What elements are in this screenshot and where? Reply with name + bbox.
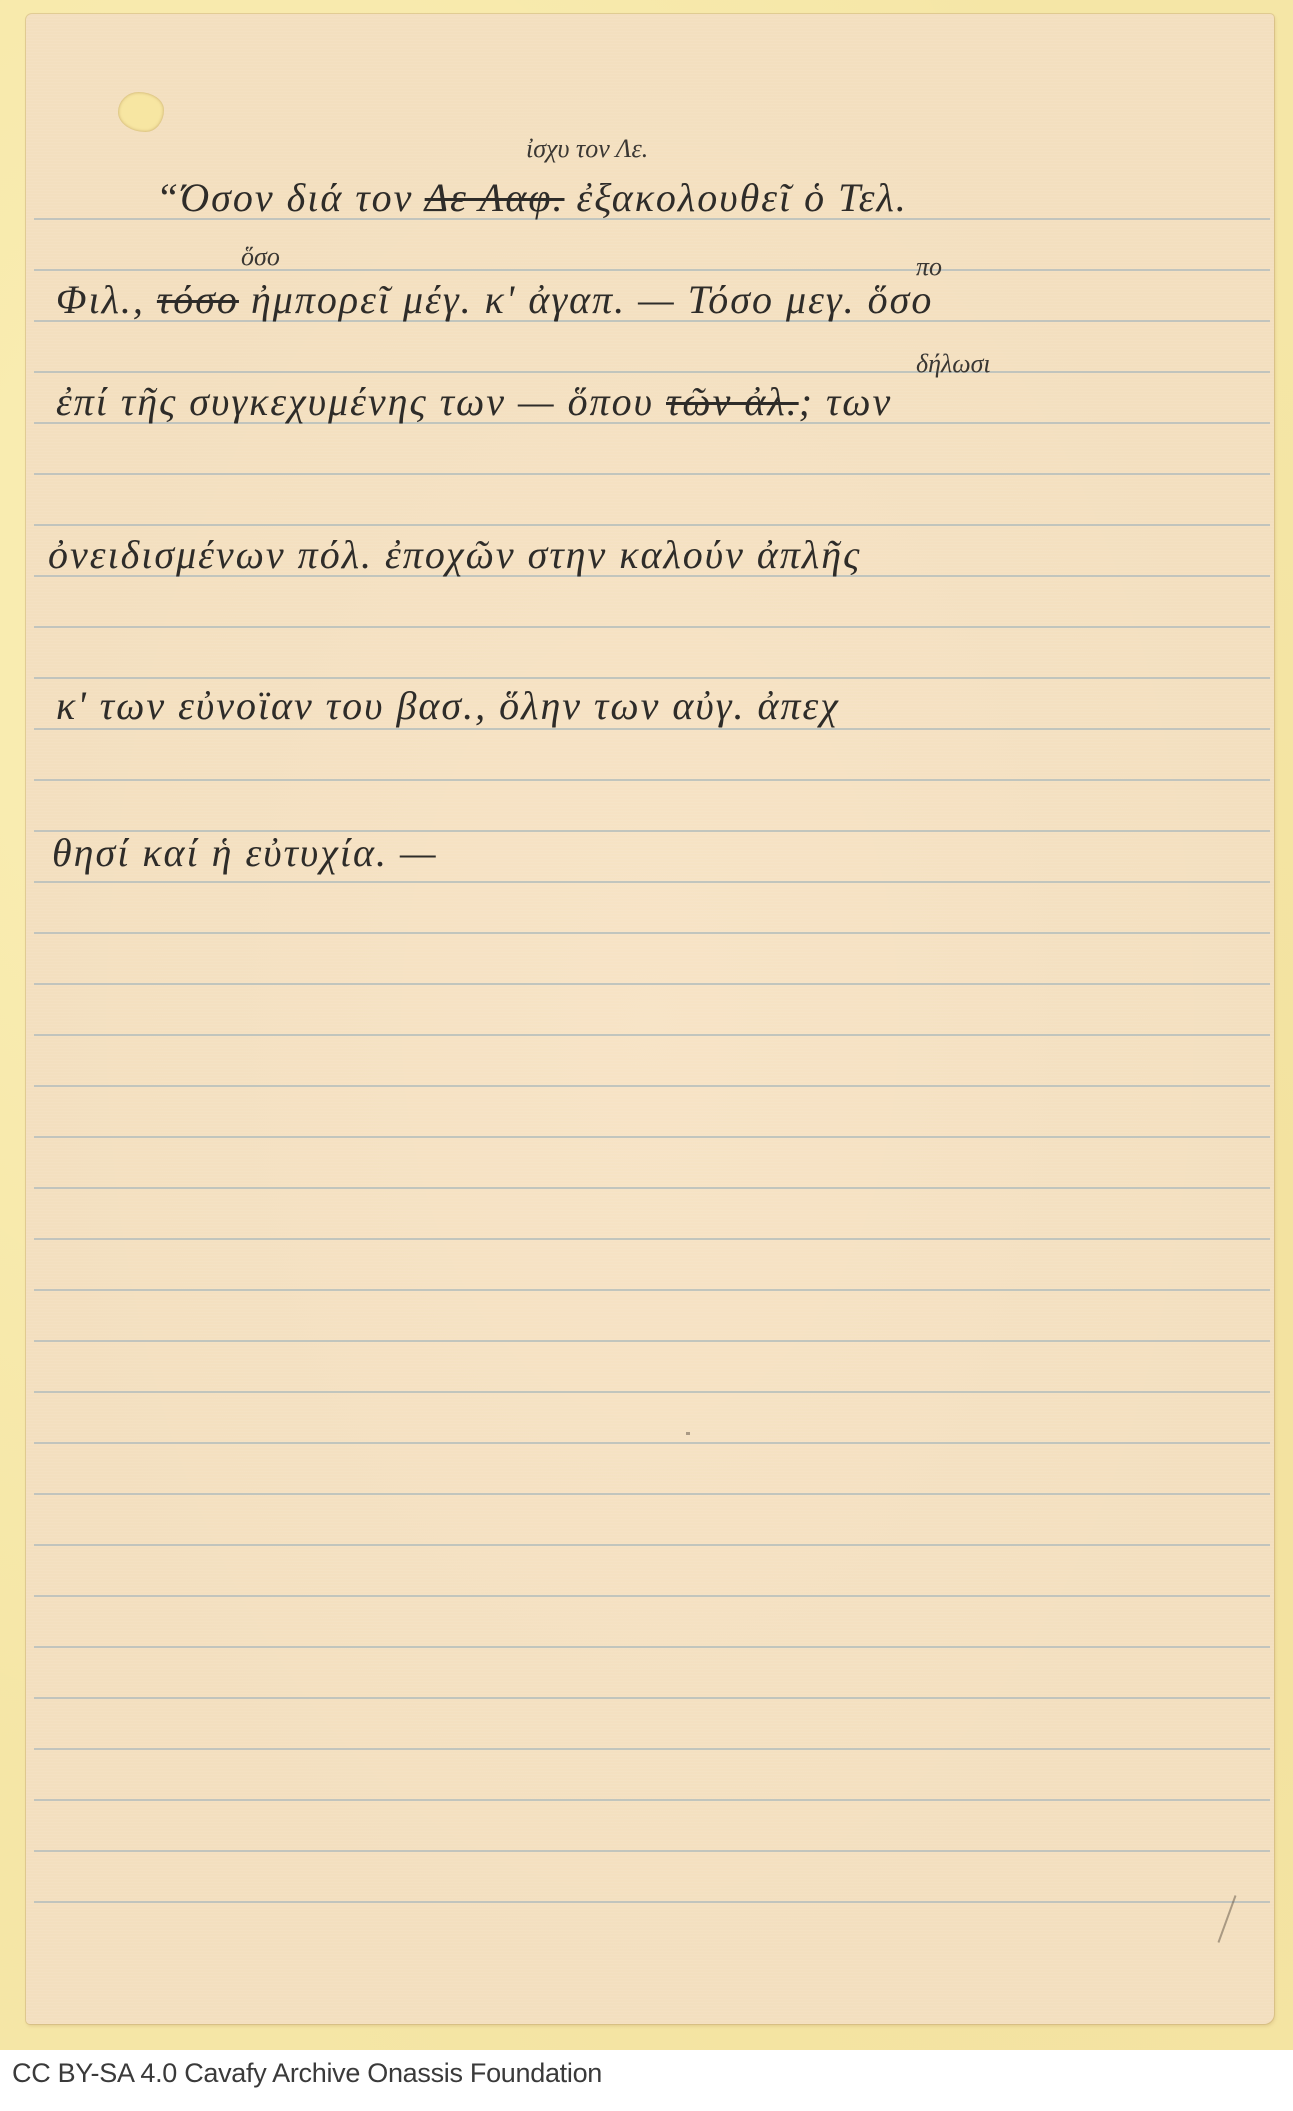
- line-2-segment-1: Φιλ.,: [56, 277, 157, 322]
- insertion-line-3: δήλωσι: [916, 349, 991, 379]
- ruled-line: [34, 1697, 1270, 1699]
- ruled-line: [34, 1850, 1270, 1852]
- ruled-line: [34, 1391, 1270, 1393]
- line-3-struck-word: τῶν ἀλ.: [666, 379, 799, 424]
- ruled-line: [34, 473, 1270, 475]
- line-1-struck-word: Δε Λαφ.: [425, 175, 565, 220]
- line-3-segment-1: ἐπί τῆς συγκεχυμένης των — ὅπου: [56, 379, 666, 424]
- handwritten-line-2: Φιλ., τόσο ἠμπορεῖ μέγ. κ' ἀγαπ. — Τόσο …: [56, 276, 933, 323]
- stray-mark: [686, 1432, 690, 1435]
- line-1-segment-1: “Όσον διά τον: [156, 175, 425, 220]
- ruled-line: [34, 269, 1270, 271]
- line-2-struck-word: τόσο: [157, 277, 239, 322]
- handwritten-line-1: “Όσον διά τον Δε Λαφ. ἐξακολουθεῖ ὁ Τελ.: [156, 174, 908, 221]
- ruled-line: [34, 1340, 1270, 1342]
- handwritten-line-3: ἐπί τῆς συγκεχυμένης των — ὅπου τῶν ἀλ.;…: [56, 378, 892, 425]
- handwritten-line-6: θησί καί ἡ εὐτυχία. —: [52, 829, 438, 876]
- insertion-line-2: ὅσο: [241, 242, 280, 272]
- ruled-line: [34, 1748, 1270, 1750]
- ruled-line: [34, 779, 1270, 781]
- handwritten-line-5: κ' των εὐνοϊαν του βασ., ὅλην των αὐγ. ἀ…: [56, 682, 840, 729]
- paper-hole: [118, 92, 164, 132]
- ruled-line: [34, 524, 1270, 526]
- ruled-line: [34, 371, 1270, 373]
- line-1-segment-3: ἐξακολουθεῖ ὁ Τελ.: [564, 175, 907, 220]
- ruled-line: [34, 881, 1270, 883]
- ruled-line: [34, 1187, 1270, 1189]
- line-4-text: ὀνειδισμένων πόλ. ἐποχῶν στην καλούν ἀπλ…: [48, 532, 861, 577]
- copyright-credit: CC BY-SA 4.0 Cavafy Archive Onassis Foun…: [12, 2058, 602, 2089]
- ruled-line: [34, 626, 1270, 628]
- ruled-line: [34, 932, 1270, 934]
- handwritten-line-4: ὀνειδισμένων πόλ. ἐποχῶν στην καλούν ἀπλ…: [48, 531, 861, 578]
- ruled-line: [34, 1493, 1270, 1495]
- insertion-line-1: ἰσχυ τον Λε.: [526, 134, 648, 164]
- ruled-line: [34, 1544, 1270, 1546]
- ruled-line: [34, 1595, 1270, 1597]
- ruled-line: [34, 1646, 1270, 1648]
- line-2-segment-3: ἠμπορεῖ μέγ. κ' ἀγαπ. — Τόσο μεγ. ὅσο: [239, 277, 933, 322]
- manuscript-paper: ἰσχυ τον Λε. “Όσον διά τον Δε Λαφ. ἐξακο…: [26, 14, 1274, 2024]
- ruled-line: [34, 1136, 1270, 1138]
- ruled-line: [34, 983, 1270, 985]
- line-5-text: κ' των εὐνοϊαν του βασ., ὅλην των αὐγ. ἀ…: [56, 683, 840, 728]
- ruled-line: [34, 1085, 1270, 1087]
- scan-background: ἰσχυ τον Λε. “Όσον διά τον Δε Λαφ. ἐξακο…: [0, 0, 1293, 2050]
- ruled-line: [34, 1442, 1270, 1444]
- line-3-segment-3: ; των: [799, 379, 893, 424]
- ruled-line: [34, 1901, 1270, 1903]
- line-6-text: θησί καί ἡ εὐτυχία. —: [52, 830, 438, 875]
- ruled-line: [34, 1238, 1270, 1240]
- ruled-line: [34, 677, 1270, 679]
- ruled-line: [34, 1289, 1270, 1291]
- ruled-line: [34, 1034, 1270, 1036]
- ruled-line: [34, 1799, 1270, 1801]
